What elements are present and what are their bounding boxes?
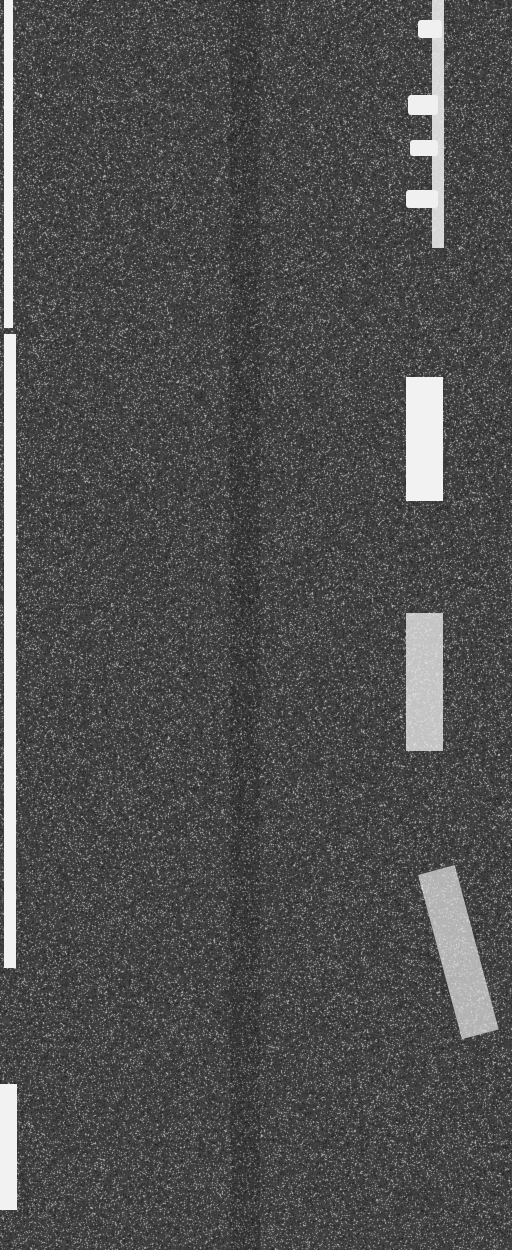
- left-edge-line-segment: [4, 334, 16, 968]
- worn-paint-patch: [408, 95, 438, 115]
- lane-dash: [406, 377, 443, 501]
- worn-paint-patch: [410, 140, 438, 156]
- lane-dash: [406, 613, 443, 751]
- aerial-road-photo: [0, 0, 512, 1250]
- worn-paint-patch: [406, 190, 438, 208]
- worn-paint-patch: [418, 20, 442, 38]
- left-edge-line-segment: [4, 0, 13, 328]
- left-edge-line-segment: [0, 1084, 17, 1210]
- pavement-seam: [230, 0, 260, 1250]
